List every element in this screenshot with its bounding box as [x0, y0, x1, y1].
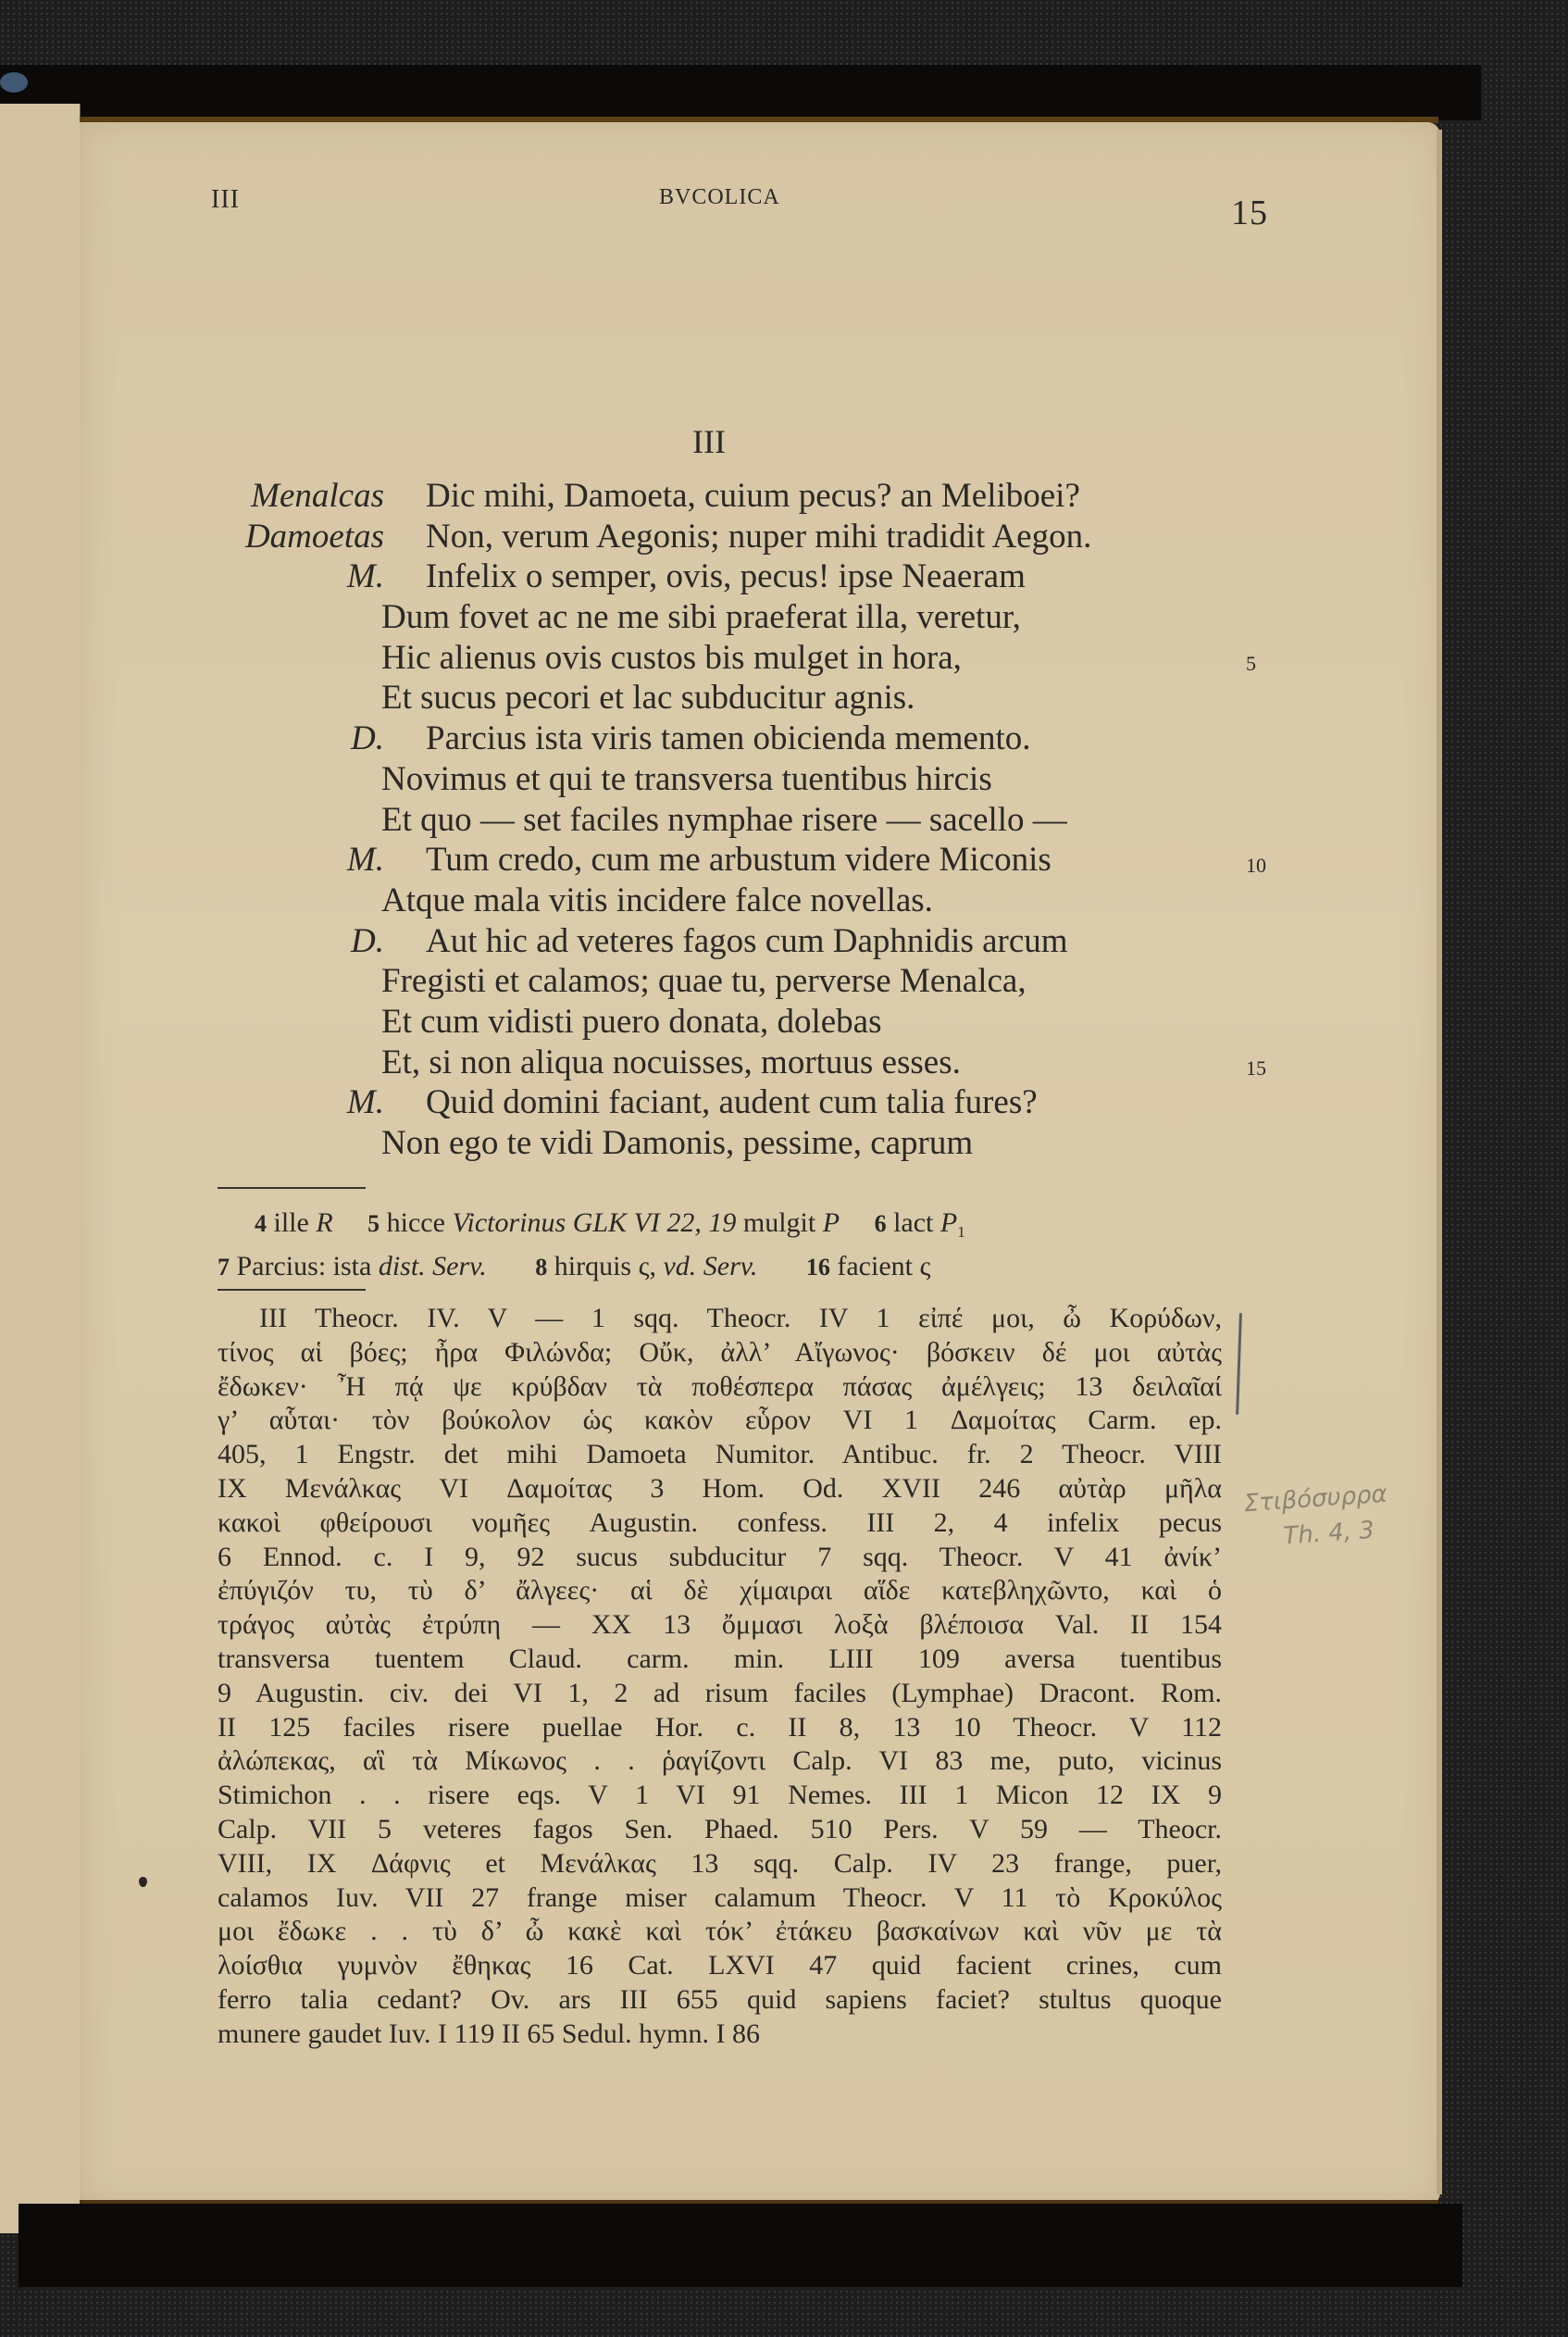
siglum-subscript: 1 [957, 1223, 965, 1241]
apparatus-rule-top [218, 1187, 366, 1189]
verse-text: Et, si non aliqua nocuisses, mortuus ess… [381, 1043, 961, 1083]
apparatus-criticus: 4 ille R 5 hicce Victorinus GLK VI 22, 1… [218, 1206, 1254, 1284]
verse-text: Dic mihi, Damoeta, cuium pecus? an Melib… [426, 476, 1080, 517]
verse-text: Hic alienus ovis custos bis mulget in ho… [381, 638, 962, 679]
verse-line: Non ego te vidi Damonis, pessime, caprum [185, 1123, 1296, 1164]
commentary-line: ferro talia cedant? Ov. ars III 655 quid… [218, 1983, 1222, 2018]
verse-text: Parcius ista viris tamen obicienda memen… [426, 719, 1031, 759]
source: dist. Serv. [379, 1251, 487, 1281]
verse-line: D.Parcius ista viris tamen obicienda mem… [185, 719, 1296, 759]
commentary-line: μοι ἔδωκε . . τὺ δ’ ὦ κακὲ καὶ τόκ’ ἐτάκ… [218, 1915, 1222, 1949]
verse-text: Novimus et qui te transversa tuentibus h… [381, 759, 992, 800]
facing-page-edge [0, 104, 81, 2233]
source: vd. Serv. [663, 1251, 757, 1281]
commentary-line: ἀλώπεκας, αἳ τὰ Μίκωνος . . ῥαγίζοντι Ca… [218, 1744, 1222, 1779]
apparatus-rule-bottom [218, 1289, 366, 1291]
reading: hicce [380, 1207, 452, 1238]
verse-line: Et cum vidisti puero donata, dolebas [185, 1002, 1296, 1043]
verse-text: Aut hic ad veteres fagos cum Daphnidis a… [426, 921, 1068, 962]
line-ref: 4 [255, 1210, 267, 1237]
verse-line: Fregisti et calamos; quae tu, perverse M… [185, 961, 1296, 1002]
book-shadow-bottom [19, 2204, 1462, 2287]
commentary-line: 9 Augustin. civ. dei VI 1, 2 ad risum fa… [218, 1677, 1222, 1711]
pencil-margin-note: Στιβόσυρρα Th. 4, 3 [1243, 1477, 1391, 1557]
verse-line: Hic alienus ovis custos bis mulget in ho… [185, 638, 1296, 679]
siglum: R [316, 1207, 332, 1238]
commentary-line: ἔδωκεν· Ἦ πᾴ ψε κρύβδαν τὰ ποθέσπερα πάσ… [218, 1370, 1222, 1405]
verse-text: Et quo — set faciles nymphae risere — sa… [381, 800, 1067, 841]
commentary-line: VIII, IX Δάφνις et Μενάλκας 13 sqq. Calp… [218, 1847, 1222, 1881]
verse-line: M.Infelix o semper, ovis, pecus! ipse Ne… [185, 556, 1296, 597]
verse-line: M.Quid domini faciant, audent cum talia … [185, 1082, 1296, 1123]
verse-line: DamoetasNon, verum Aegonis; nuper mihi t… [185, 517, 1296, 557]
speaker-label: Damoetas [245, 517, 384, 557]
commentary-line: II 125 faciles risere puellae Hor. c. II… [218, 1711, 1222, 1745]
verse-text: Infelix o semper, ovis, pecus! ipse Neae… [426, 556, 1026, 597]
commentary-line: τίνος αἱ βόες; ἦρα Φιλώνδα; Οὔκ, ἀλλ’ Αἴ… [218, 1336, 1222, 1370]
book-shadow-top [0, 65, 1481, 120]
speaker-label: Menalcas [251, 476, 384, 517]
commentary-line: 6 Ennod. c. I 9, 92 sucus subducitur 7 s… [218, 1541, 1222, 1575]
commentary-line: munere gaudet Iuv. I 119 II 65 Sedul. hy… [218, 2018, 1222, 2052]
reading: facient ς [830, 1251, 931, 1281]
verse-line: Dum fovet ac ne me sibi praeferat illa, … [185, 597, 1296, 638]
running-head-title: BVCOLICA [659, 185, 780, 210]
verse-line: M.Tum credo, cum me arbustum videre Mico… [185, 840, 1296, 881]
source: Victorinus GLK VI 22, 19 [452, 1207, 736, 1238]
speaker-label: M. [347, 840, 384, 881]
page-right-edge [1437, 130, 1442, 2194]
commentary-line: ἐπύγιζόν τυ, τὺ δ’ ἄλγεες· αἱ δὲ χίμαιρα… [218, 1574, 1222, 1608]
reading: lact [887, 1207, 940, 1238]
testimonia-commentary: III Theocr. IV. V — 1 sqq. Theocr. IV 1 … [218, 1302, 1222, 2052]
commentary-line: Stimichon . . risere eqs. V 1 VI 91 Neme… [218, 1779, 1222, 1813]
commentary-line: λοίσθια γυμνὸν ἔθηκας 16 Cat. LXVI 47 qu… [218, 1949, 1222, 1983]
line-ref: 8 [535, 1254, 547, 1281]
verse-line: Et, si non aliqua nocuisses, mortuus ess… [185, 1043, 1296, 1083]
verse-text: Et sucus pecori et lac subducitur agnis. [381, 678, 915, 719]
line-ref: 16 [806, 1254, 830, 1281]
siglum: P [823, 1207, 840, 1238]
speaker-label: D. [351, 719, 384, 759]
commentary-line: calamos Iuv. VII 27 frange miser calamum… [218, 1881, 1222, 1916]
verse-line: Novimus et qui te transversa tuentibus h… [185, 759, 1296, 800]
verse-line: MenalcasDic mihi, Damoeta, cuium pecus? … [185, 476, 1296, 517]
commentary-line: transversa tuentem Claud. carm. min. LII… [218, 1643, 1222, 1677]
poem-text: MenalcasDic mihi, Damoeta, cuium pecus? … [185, 476, 1296, 1164]
reading: hirquis ς, [547, 1251, 663, 1281]
binding-thread [0, 72, 28, 93]
commentary-line: III Theocr. IV. V — 1 sqq. Theocr. IV 1 … [218, 1302, 1222, 1336]
verse-line: Atque mala vitis incidere falce novellas… [185, 881, 1296, 921]
speaker-label: D. [351, 921, 384, 962]
line-ref: 6 [875, 1210, 887, 1237]
line-ref: 7 [218, 1254, 230, 1281]
page-number: 15 [1231, 193, 1268, 233]
verse-text: Tum credo, cum me arbustum videre Miconi… [426, 840, 1052, 881]
commentary-line: 405, 1 Engstr. det mihi Damoeta Numitor.… [218, 1438, 1222, 1472]
reading: ille [267, 1207, 316, 1238]
commentary-line: τράγος αὐτὰς ἐτρύπη — XX 13 ὄμμασι λοξὰ … [218, 1608, 1222, 1643]
verse-text: Non, verum Aegonis; nuper mihi tradidit … [426, 517, 1091, 557]
reading: Parcius: ista [230, 1251, 379, 1281]
commentary-line: γ’ αὗται· τὸν βούκολον ὡς κακὸν εὗρον VI… [218, 1404, 1222, 1438]
commentary-line: IX Μενάλκας VI Δαμοίτας 3 Hom. Od. XVII … [218, 1472, 1222, 1506]
verse-text: Et cum vidisti puero donata, dolebas [381, 1002, 882, 1043]
commentary-line: κακοὶ φθείρουσι νομῆες Augustin. confess… [218, 1506, 1222, 1541]
commentary-line: Calp. VII 5 veteres fagos Sen. Phaed. 51… [218, 1813, 1222, 1847]
verse-text: Atque mala vitis incidere falce novellas… [381, 881, 933, 921]
verse-text: Quid domini faciant, audent cum talia fu… [426, 1082, 1038, 1123]
verse-line: Et quo — set faciles nymphae risere — sa… [185, 800, 1296, 841]
apparatus-row: 7 Parcius: ista dist. Serv. 8 hirquis ς,… [218, 1249, 1254, 1284]
speaker-label: M. [347, 556, 384, 597]
poem-title: III [692, 422, 726, 461]
verse-text: Fregisti et calamos; quae tu, perverse M… [381, 961, 1027, 1002]
verse-text: Dum fovet ac ne me sibi praeferat illa, … [381, 597, 1021, 638]
apparatus-row: 4 ille R 5 hicce Victorinus GLK VI 22, 1… [218, 1206, 1254, 1249]
reading: mulgit [736, 1207, 822, 1238]
speaker-label: M. [347, 1082, 384, 1123]
siglum: P [940, 1207, 957, 1238]
running-head-eclogue: III [211, 185, 240, 215]
verse-line: D.Aut hic ad veteres fagos cum Daphnidis… [185, 921, 1296, 962]
line-ref: 5 [367, 1210, 380, 1237]
verse-line: Et sucus pecori et lac subducitur agnis. [185, 678, 1296, 719]
verse-text: Non ego te vidi Damonis, pessime, caprum [381, 1123, 973, 1164]
